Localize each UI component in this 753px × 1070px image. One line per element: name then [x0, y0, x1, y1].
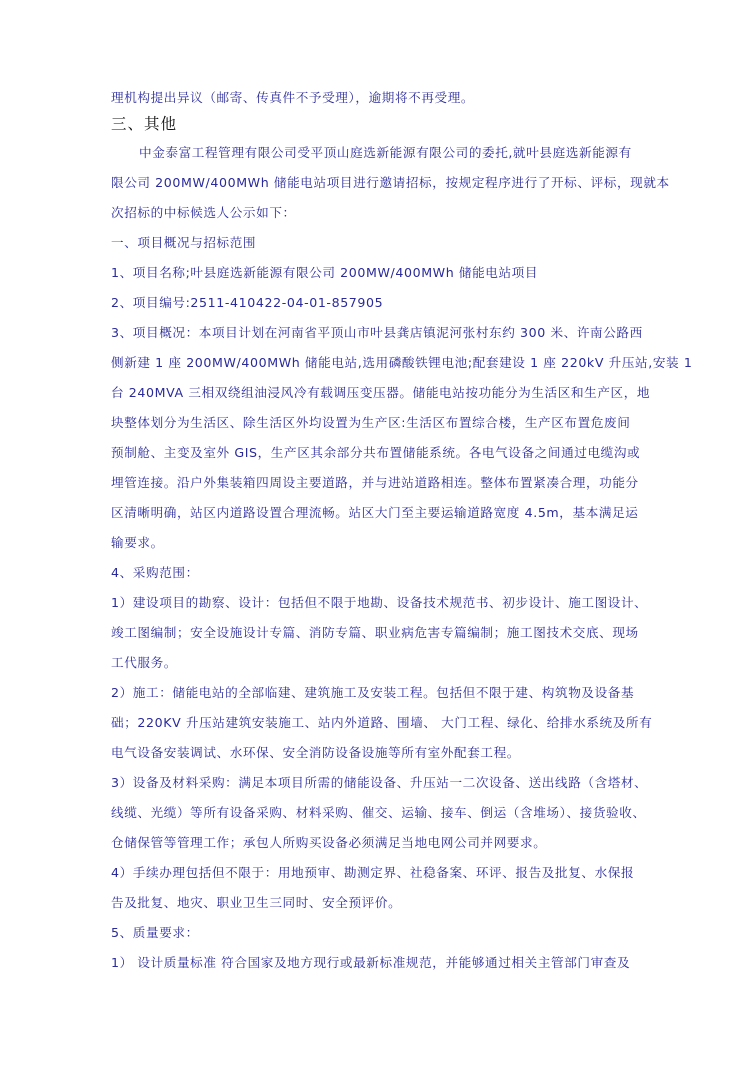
scope-line: 3）设备及材料采购：满足本项目所需的储能设备、升压站一二次设备、送出线路（含塔材… — [111, 768, 643, 798]
overview-line: 块整体划分为生活区、除生活区外均设置为生产区:生活区布置综合楼，生产区布置危废间 — [111, 408, 643, 438]
continuation-line: 理机构提出异议（邮寄、传真件不予受理），逾期将不再受理。 — [111, 86, 643, 110]
overview-line: 侧新建 1 座 200MW/400MWh 储能电站,选用磷酸铁锂电池;配套建设 … — [111, 348, 643, 378]
intro-paragraph: 中金泰富工程管理有限公司受平顶山庭选新能源有限公司的委托,就叶县庭选新能源有 限… — [111, 138, 643, 228]
scope-permits: 4）手续办理包括但不限于：用地预审、勘测定界、社稳备案、环评、报告及批复、水保报… — [111, 858, 643, 918]
item-procurement-scope-title: 4、采购范围： — [111, 558, 643, 588]
overview-line: 3、项目概况：本项目计划在河南省平顶山市叶县龚店镇泥河张村东约 300 米、许南… — [111, 318, 643, 348]
overview-line: 输要求。 — [111, 528, 643, 558]
intro-line: 中金泰富工程管理有限公司受平顶山庭选新能源有限公司的委托,就叶县庭选新能源有 — [111, 138, 643, 168]
scope-line: 线缆、光缆）等所有设备采购、材料采购、催交、运输、接车、倒运（含堆场）、接货验收… — [111, 798, 643, 828]
item-project-number: 2、项目编号:2511-410422-04-01-857905 — [111, 288, 643, 318]
scope-line: 竣工图编制；安全设施设计专篇、消防专篇、职业病危害专篇编制；施工图技术交底、现场 — [111, 618, 643, 648]
overview-line: 台 240MVA 三相双绕组油浸风冷有载调压变压器。储能电站按功能分为生活区和生… — [111, 378, 643, 408]
scope-line: 4）手续办理包括但不限于：用地预审、勘测定界、社稳备案、环评、报告及批复、水保报 — [111, 858, 643, 888]
intro-line: 限公司 200MW/400MWh 储能电站项目进行邀请招标，按规定程序进行了开标… — [111, 168, 643, 198]
scope-line: 告及批复、地灾、职业卫生三同时、安全预评价。 — [111, 888, 643, 918]
overview-line: 埋管连接。沿户外集装箱四周设主要道路，并与进站道路相连。整体布置紧凑合理，功能分 — [111, 468, 643, 498]
scope-equipment-procurement: 3）设备及材料采购：满足本项目所需的储能设备、升压站一二次设备、送出线路（含塔材… — [111, 768, 643, 858]
scope-line: 础；220KV 升压站建筑安装施工、站内外道路、围墙、 大门工程、绿化、给排水系… — [111, 708, 643, 738]
scope-survey-design: 1）建设项目的勘察、设计：包括但不限于地勘、设备技术规范书、初步设计、施工图设计… — [111, 588, 643, 678]
scope-line: 仓储保管等管理工作；承包人所购买设备必须满足当地电网公司并网要求。 — [111, 828, 643, 858]
section-heading-other: 三、其他 — [111, 110, 643, 138]
scope-line: 电气设备安装调试、水环保、安全消防设备设施等所有室外配套工程。 — [111, 738, 643, 768]
quality-line: 1） 设计质量标准 符合国家及地方现行或最新标准规范，并能够通过相关主管部门审查… — [111, 948, 643, 978]
scope-line: 1）建设项目的勘察、设计：包括但不限于地勘、设备技术规范书、初步设计、施工图设计… — [111, 588, 643, 618]
item-quality-requirements-title: 5、质量要求： — [111, 918, 643, 948]
scope-line: 2）施工：储能电站的全部临建、建筑施工及安装工程。包括但不限于建、构筑物及设备基 — [111, 678, 643, 708]
document-page: 理机构提出异议（邮寄、传真件不予受理），逾期将不再受理。 三、其他 中金泰富工程… — [111, 86, 643, 978]
item-project-overview: 3、项目概况：本项目计划在河南省平顶山市叶县龚店镇泥河张村东约 300 米、许南… — [111, 318, 643, 558]
item-project-name: 1、项目名称;叶县庭选新能源有限公司 200MW/400MWh 储能电站项目 — [111, 258, 643, 288]
scope-line: 工代服务。 — [111, 648, 643, 678]
intro-line: 次招标的中标候选人公示如下： — [111, 198, 643, 228]
subsection-title-project-overview: 一、项目概况与招标范围 — [111, 228, 643, 258]
scope-construction: 2）施工：储能电站的全部临建、建筑施工及安装工程。包括但不限于建、构筑物及设备基… — [111, 678, 643, 768]
overview-line: 区清晰明确，站区内道路设置合理流畅。站区大门至主要运输道路宽度 4.5m，基本满… — [111, 498, 643, 528]
overview-line: 预制舱、主变及室外 GIS，生产区其余部分共布置储能系统。各电气设备之间通过电缆… — [111, 438, 643, 468]
